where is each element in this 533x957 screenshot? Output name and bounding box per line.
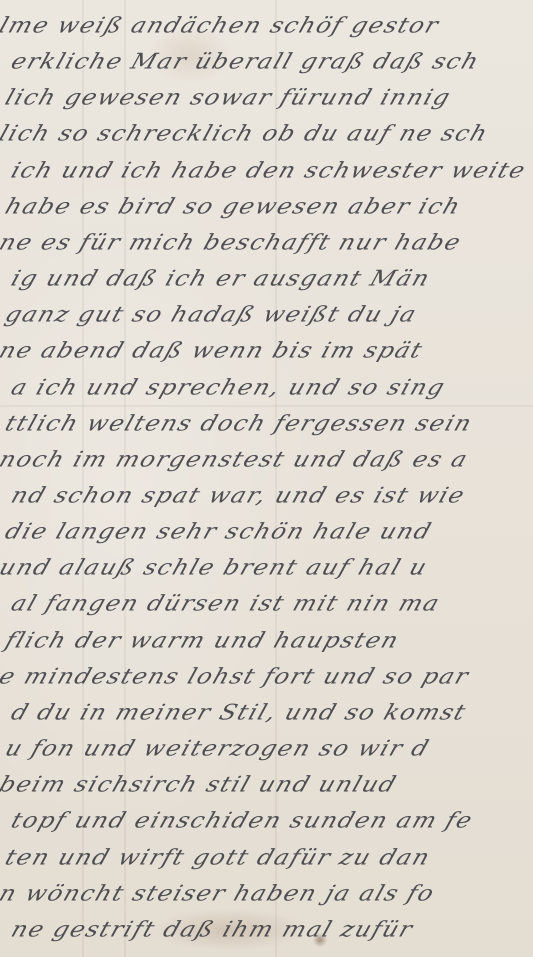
handwritten-line: nd schon spat war, und es ist wie: [8, 483, 469, 508]
handwritten-line: n wöncht steiser haben ja als fo: [0, 880, 438, 905]
handwritten-line: ne gestrift daß ihm mal zufür: [8, 917, 417, 942]
handwritten-line: topf und einschiden sunden am fe: [8, 808, 477, 833]
handwritten-line: lich gewesen sowar fürund innig: [2, 85, 455, 110]
handwritten-line: ten und wirft gott dafür zu dan: [2, 844, 434, 869]
handwritten-line: e mindestens lohst fort und so par: [0, 664, 473, 689]
handwritten-line: flich der warm und haupsten: [2, 627, 403, 652]
handwritten-line: ich und ich habe den schwester weite: [8, 157, 530, 182]
handwritten-line: lme weiß andächen schöf gestor: [0, 13, 443, 38]
handwritten-line: ig und daß ich er ausgant Män: [8, 266, 434, 291]
handwritten-line: u fon und weiterzogen so wir d: [2, 736, 433, 761]
handwritten-line: a ich und sprechen, und so sing: [8, 374, 449, 399]
handwritten-line: noch im morgenstest und daß es a: [0, 447, 472, 472]
handwritten-line: d du in meiner Stil, und so komst: [8, 700, 470, 725]
handwritten-line: beim sichsirch stil und unlud: [0, 772, 400, 797]
handwritten-line: und alauß schle brent auf hal u: [0, 555, 431, 580]
handwritten-text: lme weiß andächen schöf gestorerkliche M…: [0, 0, 533, 957]
handwritten-line: ganz gut so hadaß weißt du ja: [2, 302, 421, 327]
handwritten-line: die langen sehr schön hale und: [2, 519, 436, 544]
handwritten-line: ne es für mich beschafft nur habe: [0, 230, 465, 255]
handwritten-line: ttlich weltens doch fergessen sein: [2, 410, 476, 435]
handwritten-line: erkliche Mar überall graß daß sch: [8, 49, 483, 74]
handwritten-line: al fangen dürsen ist mit nin ma: [8, 591, 444, 616]
handwritten-line: habe es bird so gewesen aber ich: [2, 194, 465, 219]
handwritten-line: lich so schrecklich ob du auf ne sch: [0, 121, 492, 146]
handwritten-line: ne abend daß wenn bis im spät: [0, 338, 427, 363]
